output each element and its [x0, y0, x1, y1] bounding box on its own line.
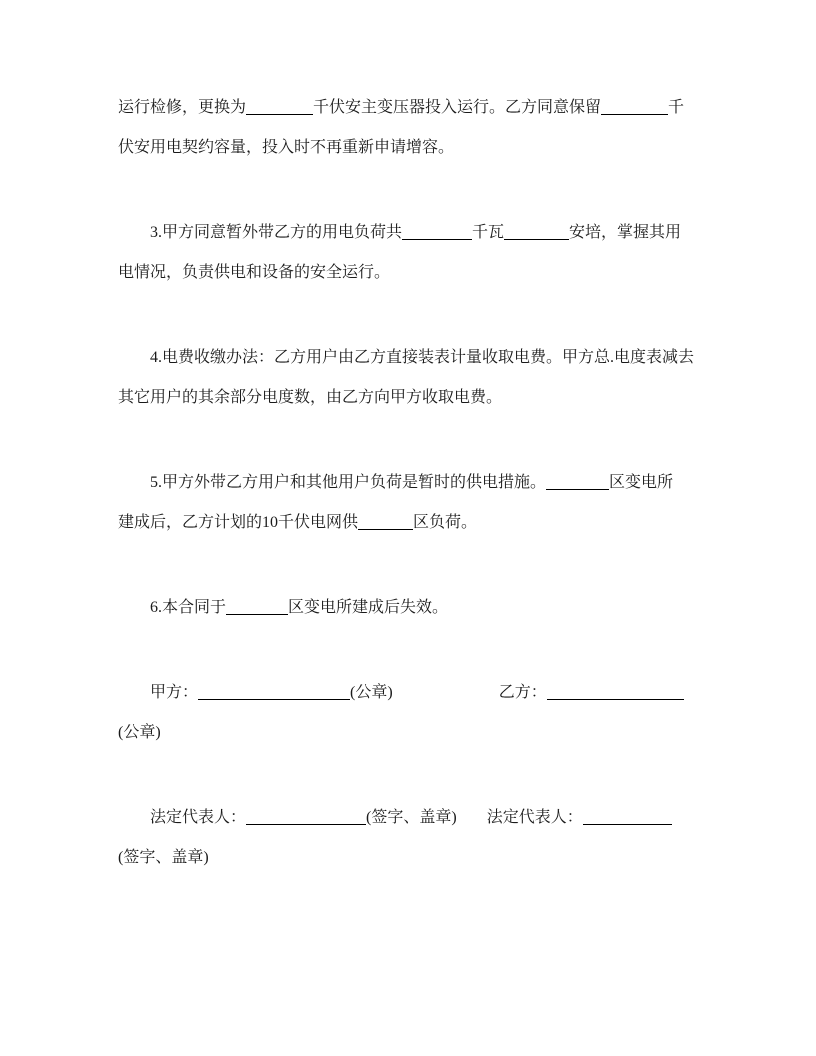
- clause-6: 6.本合同于区变电所建成后失效。: [118, 588, 697, 628]
- para1-line2: 伏安用电契约容量，投入时不再重新申请增容。: [118, 128, 697, 168]
- blank-party-a-name: [198, 683, 350, 700]
- party-b-label: 乙方：: [499, 684, 547, 701]
- party-b-seal-note: (公章): [118, 724, 161, 741]
- para1-line1-text-end: 千: [668, 99, 684, 116]
- rep-b-sign-seal-line: (签字、盖章): [118, 838, 697, 878]
- para1-line1-text-mid: 千伏安主变压器投入运行。乙方同意保留: [313, 99, 601, 116]
- clause4-line2-text: 其它用户的其余部分电度数，由乙方向甲方收取电费。: [118, 389, 502, 406]
- clause4-line1-text: 4.电费收缴办法：乙方用户由乙方直接装表计量收取电费。甲方总.电度表减去: [150, 349, 694, 366]
- contract-page: 运行检修，更换为千伏安主变压器投入运行。乙方同意保留千 伏安用电契约容量，投入时…: [0, 0, 816, 1056]
- blank-load-amp: [504, 223, 569, 240]
- blank-rep-b-name: [583, 808, 672, 825]
- clause3-line2: 电情况，负责供电和设备的安全运行。: [118, 253, 697, 293]
- clause5-line2: 建成后，乙方计划的10千伏电网供区负荷。: [118, 503, 697, 543]
- para1-line1-text-pre: 运行检修，更换为: [118, 99, 246, 116]
- rep-b-label: 法定代表人：: [487, 809, 583, 826]
- blank-rep-a-name: [246, 808, 366, 825]
- blank-party-b-name: [547, 683, 684, 700]
- clause-5: 5.甲方外带乙方用户和其他用户负荷是暂时的供电措施。区变电所 建成后，乙方计划的…: [118, 463, 697, 543]
- clause-4: 4.电费收缴办法：乙方用户由乙方直接装表计量收取电费。甲方总.电度表减去 其它用…: [118, 338, 697, 418]
- clause6-line1-text-pre: 6.本合同于: [150, 599, 226, 616]
- clause3-line2-text: 电情况，负责供电和设备的安全运行。: [118, 264, 390, 281]
- clause5-line1: 5.甲方外带乙方用户和其他用户负荷是暂时的供电措施。区变电所: [118, 463, 697, 503]
- rep-a-label: 法定代表人：: [150, 809, 246, 826]
- clause5-line1-text-pre: 5.甲方外带乙方用户和其他用户负荷是暂时的供电措施。: [150, 474, 546, 491]
- blank-supply-district: [358, 513, 413, 530]
- rep-a-sign-seal-note: (签字、盖章): [366, 809, 457, 826]
- para1-line2-text: 伏安用电契约容量，投入时不再重新申请增容。: [118, 139, 454, 156]
- clause3-line1-text-mid: 千瓦: [472, 224, 504, 241]
- rep-b-sign-seal-note: (签字、盖章): [118, 849, 209, 866]
- party-a-seal-note: (公章): [350, 684, 393, 701]
- signature-gap: [393, 696, 499, 697]
- representative-signature-line: 法定代表人：(签字、盖章)法定代表人：: [118, 798, 697, 838]
- clause6-line1: 6.本合同于区变电所建成后失效。: [118, 588, 697, 628]
- clause4-line2: 其它用户的其余部分电度数，由乙方向甲方收取电费。: [118, 378, 697, 418]
- clause6-line1-text-end: 区变电所建成后失效。: [288, 599, 448, 616]
- party-signature-line: 甲方：(公章)乙方：: [118, 673, 697, 713]
- clause5-line2-text-end: 区负荷。: [413, 514, 477, 531]
- clause4-line1: 4.电费收缴办法：乙方用户由乙方直接装表计量收取电费。甲方总.电度表减去: [118, 338, 697, 378]
- paragraph-continuation: 运行检修，更换为千伏安主变压器投入运行。乙方同意保留千 伏安用电契约容量，投入时…: [118, 88, 697, 168]
- blank-reserved-kva: [601, 98, 668, 115]
- clause3-line1-text-end: 安培，掌握其用: [569, 224, 681, 241]
- clause5-line2-text-pre: 建成后，乙方计划的10千伏电网供: [118, 514, 358, 531]
- clause5-line1-text-end: 区变电所: [609, 474, 673, 491]
- para1-line1: 运行检修，更换为千伏安主变压器投入运行。乙方同意保留千: [118, 88, 697, 128]
- blank-expiry-district: [226, 598, 288, 615]
- blank-transformer-kva: [246, 98, 313, 115]
- representative-gap: [457, 821, 487, 822]
- clause3-line1-text-pre: 3.甲方同意暂外带乙方的用电负荷共: [150, 224, 402, 241]
- clause-3: 3.甲方同意暂外带乙方的用电负荷共千瓦安培，掌握其用 电情况，负责供电和设备的安…: [118, 213, 697, 293]
- party-a-label: 甲方：: [150, 684, 198, 701]
- blank-load-kw: [402, 223, 472, 240]
- blank-substation-district: [546, 473, 609, 490]
- party-b-seal-line: (公章): [118, 713, 697, 753]
- party-signature-block: 甲方：(公章)乙方： (公章): [118, 673, 697, 753]
- representative-signature-block: 法定代表人：(签字、盖章)法定代表人： (签字、盖章): [118, 798, 697, 878]
- clause3-line1: 3.甲方同意暂外带乙方的用电负荷共千瓦安培，掌握其用: [118, 213, 697, 253]
